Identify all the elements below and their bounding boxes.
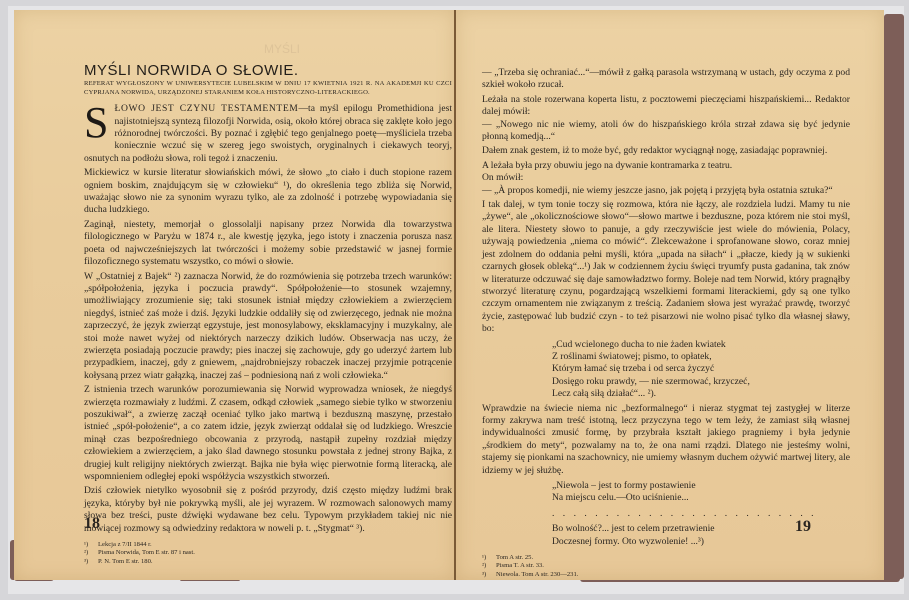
torn-edge-right	[884, 14, 904, 579]
left-page-body: MYŚLI NORWIDA O SŁOWIE. REFERAT WYGŁOSZO…	[84, 65, 452, 566]
paragraph: On mówił:	[482, 172, 850, 184]
paragraph-5: Z istnienia trzech warunków porozumiewan…	[84, 384, 452, 483]
footnote: ¹)Lekcja z 7/II 1844 r.	[84, 541, 452, 549]
paragraph-1: SŁOWO JEST CZYNU TESTAMENTEM—ta myśl epi…	[84, 103, 452, 165]
verse-block-2: „Niewola – jest to formy postawienie Na …	[482, 480, 850, 548]
verse-line: „Niewola – jest to formy postawienie	[482, 480, 850, 492]
verse-line: Na miejscu celu.—Oto uciśnienie...	[482, 492, 850, 504]
paragraph: A leżała była przy obuwiu jego na dywani…	[482, 160, 850, 172]
paragraph: Wprawdzie na świecie niema nic „bezforma…	[482, 403, 850, 477]
verse-line: Którym łamać się trzeba i od serca życzy…	[482, 363, 850, 375]
footnote: ²)Pisma Norwida, Tom E str. 87 i nast.	[84, 549, 452, 557]
paragraph: — „À propos komedji, nie wiemy jeszcze j…	[482, 185, 850, 197]
paragraph-3: Zaginął, niestety, memorjał o glossolalj…	[84, 219, 452, 269]
paragraph: Leżała na stole rozerwana koperta listu,…	[482, 94, 850, 119]
paragraph: Dałem znak gestem, iż to może być, gdy r…	[482, 145, 850, 157]
drop-cap: S	[84, 105, 108, 141]
right-footnotes: ¹)Tom A str. 25. ²)Pisma T. A str. 33. ³…	[482, 554, 850, 579]
paragraph-6: Dziś człowiek nietylko wyosobnił się z p…	[84, 485, 452, 535]
paragraph: I tak dalej, w tym tonie toczy się rozmo…	[482, 199, 850, 335]
verse-line: Z roślinami światowej; pismo, to opłatek…	[482, 351, 850, 363]
right-page-body: — „Trzeba się ochraniać...“—mówił z gałk…	[482, 67, 850, 579]
page-number-left: 18	[84, 515, 100, 533]
footnote: ¹)Tom A str. 25.	[482, 554, 850, 562]
bleed-through-text: MYŚLI	[264, 42, 300, 56]
article-title: MYŚLI NORWIDA O SŁOWIE.	[84, 65, 452, 77]
paragraph: — „Trzeba się ochraniać...“—mówił z gałk…	[482, 67, 850, 92]
paragraph: — „Nowego nic nie wiemy, atoli ów do his…	[482, 119, 850, 144]
verse-line: Dosięgo roku prawdy, — nie szermować, kr…	[482, 376, 850, 388]
paragraph-4: W „Ostatniej z Bajek“ ²) zaznacza Norwid…	[84, 271, 452, 383]
page-number-right: 19	[795, 518, 811, 536]
right-page: — „Trzeba się ochraniać...“—mówił z gałk…	[456, 10, 884, 580]
verse-block-1: „Cud wcielonego ducha to nie żaden kwiat…	[482, 339, 850, 401]
left-footnotes: ¹)Lekcja z 7/II 1844 r. ²)Pisma Norwida,…	[84, 541, 452, 566]
article-subtitle: REFERAT WYGŁOSZONY W UNIWERSYTECIE LUBEL…	[84, 80, 452, 97]
footnote: ³)P. N. Tom E str. 180.	[84, 558, 452, 566]
footnote: ²)Pisma T. A str. 33.	[482, 562, 850, 570]
verse-line: Lecz całą siłą działać“... ²).	[482, 388, 850, 400]
paragraph-2: Mickiewicz w kursie literatur słowiański…	[84, 167, 452, 217]
verse-line: Doczesnej formy. Oto wyzwolenie! ...³)	[482, 536, 850, 548]
footnote: ³)Niewola. Tom A str. 230—231.	[482, 571, 850, 579]
lead-caps: ŁOWO JEST CZYNU TESTAMENTEM	[114, 103, 298, 114]
verse-line: „Cud wcielonego ducha to nie żaden kwiat…	[482, 339, 850, 351]
left-page: MYŚLI MYŚLI NORWIDA O SŁOWIE. REFERAT WY…	[14, 10, 456, 580]
